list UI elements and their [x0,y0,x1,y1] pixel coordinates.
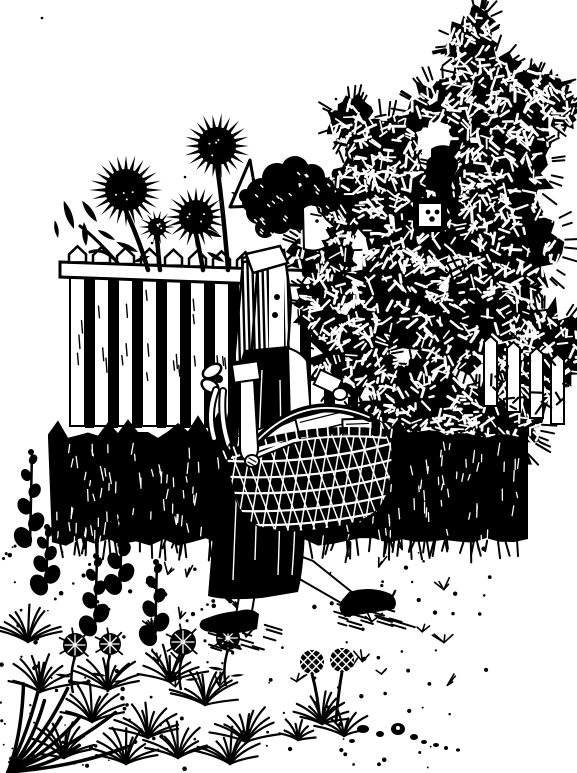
sunflower-head [89,156,162,227]
front-shoe [340,589,396,617]
pebbles [349,723,460,752]
hand [245,455,259,467]
forearm [240,380,258,461]
rear-shoe [200,610,259,634]
illustration-canvas [0,0,577,773]
sunflower-head [165,187,225,248]
dandelion-clump [279,648,367,740]
illustration: A curly-haired woman in a striped dress … [0,0,577,773]
